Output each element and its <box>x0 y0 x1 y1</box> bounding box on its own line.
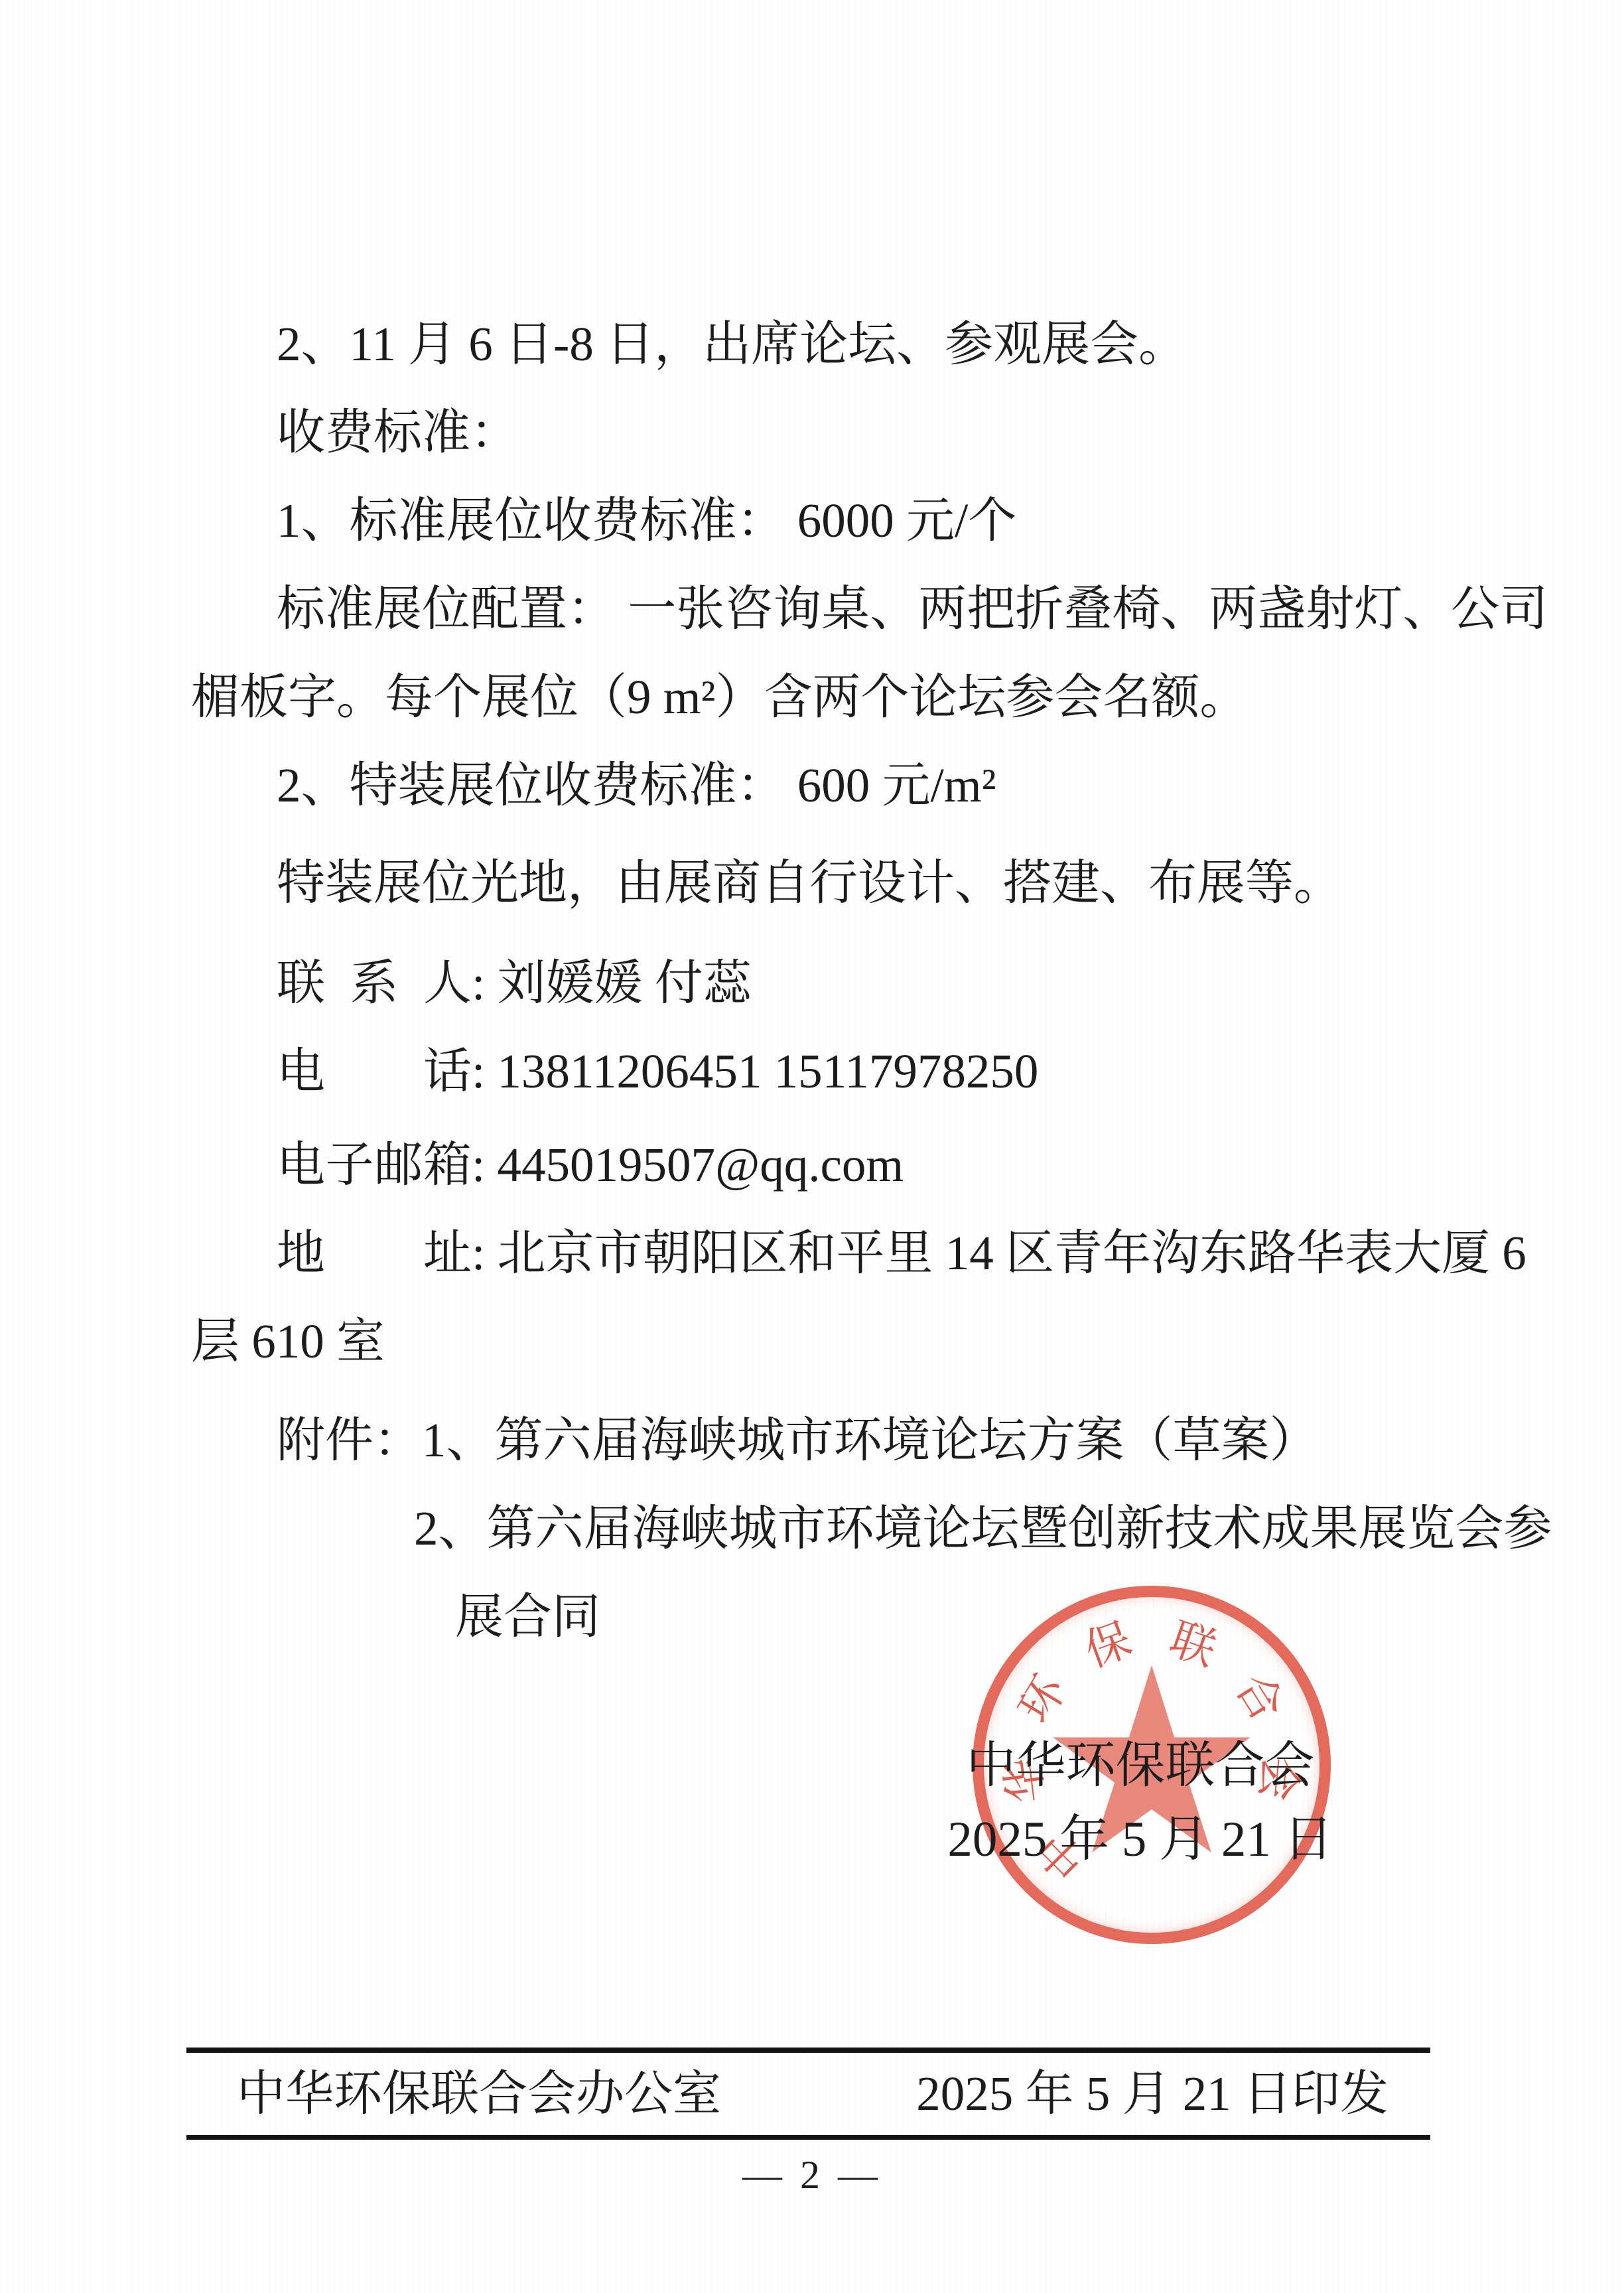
contact-colon: : <box>472 1044 498 1098</box>
contact-address-wrap: 层 610 室 <box>191 1297 1442 1385</box>
body-line: 1、标准展位收费标准： 6000 元/个 <box>191 476 1442 565</box>
contact-label: 地址 <box>277 1209 472 1297</box>
body-line: 标准展位配置： 一张咨询桌、两把折叠椅、两盏射灯、公司 <box>191 565 1442 653</box>
contact-row: 联系人: 刘媛媛 付蕊 <box>191 939 1442 1027</box>
contact-label: 电子邮箱 <box>277 1121 472 1209</box>
attachments-line: 附件：1、第六届海峡城市环境论坛方案（草案） <box>191 1396 1442 1484</box>
contact-value: 445019507@qq.com <box>498 1138 904 1192</box>
attachment-item: 2、第六届海峡城市环境论坛暨创新技术成果展览会参 <box>191 1484 1442 1572</box>
contact-row: 电话: 13811206451 15117978250 <box>191 1027 1442 1115</box>
contact-colon: : <box>472 1226 498 1280</box>
footer-imprint-bar: 中华环保联合会办公室 2025 年 5 月 21 日印发 <box>186 2048 1430 2140</box>
scanned-official-document: { "body": { "lines": [ "2、11 月 6 日-8 日，出… <box>0 0 1624 2293</box>
page-number: — 2 — <box>0 2151 1624 2199</box>
contact-colon: : <box>472 956 498 1010</box>
body-line: 收费标准： <box>191 388 1442 476</box>
footer-print-date: 2025 年 5 月 21 日印发 <box>916 2053 1430 2135</box>
contact-row: 电子邮箱: 445019507@qq.com <box>191 1121 1442 1209</box>
footer-issuing-office: 中华环保联合会办公室 <box>186 2053 721 2135</box>
contact-colon: : <box>472 1138 498 1192</box>
body-line: 2、11 月 6 日-8 日，出席论坛、参观展会。 <box>191 300 1442 388</box>
contact-label: 电话 <box>277 1027 472 1115</box>
body-line: 2、特装展位收费标准： 600 元/m² <box>191 741 1442 829</box>
attachments-label: 附件： <box>277 1413 422 1467</box>
body-line: 楣板字。每个展位（9 m²）含两个论坛参会名额。 <box>191 653 1442 741</box>
contact-value: 北京市朝阳区和平里 14 区青年沟东路华表大厦 6 <box>498 1226 1526 1280</box>
contact-label: 联系人 <box>277 939 472 1027</box>
body-line: 特装展位光地，由展商自行设计、搭建、布展等。 <box>191 839 1442 927</box>
contact-value: 13811206451 15117978250 <box>498 1044 1039 1098</box>
signature-date: 2025 年 5 月 21 日 <box>860 1795 1421 1884</box>
contact-row: 地址: 北京市朝阳区和平里 14 区青年沟东路华表大厦 6 <box>191 1209 1442 1297</box>
document-body: 2、11 月 6 日-8 日，出席论坛、参观展会。 收费标准： 1、标准展位收费… <box>191 300 1442 1661</box>
attachment-item: 1、第六届海峡城市环境论坛方案（草案） <box>422 1413 1318 1467</box>
contact-value: 刘媛媛 付蕊 <box>498 956 752 1010</box>
